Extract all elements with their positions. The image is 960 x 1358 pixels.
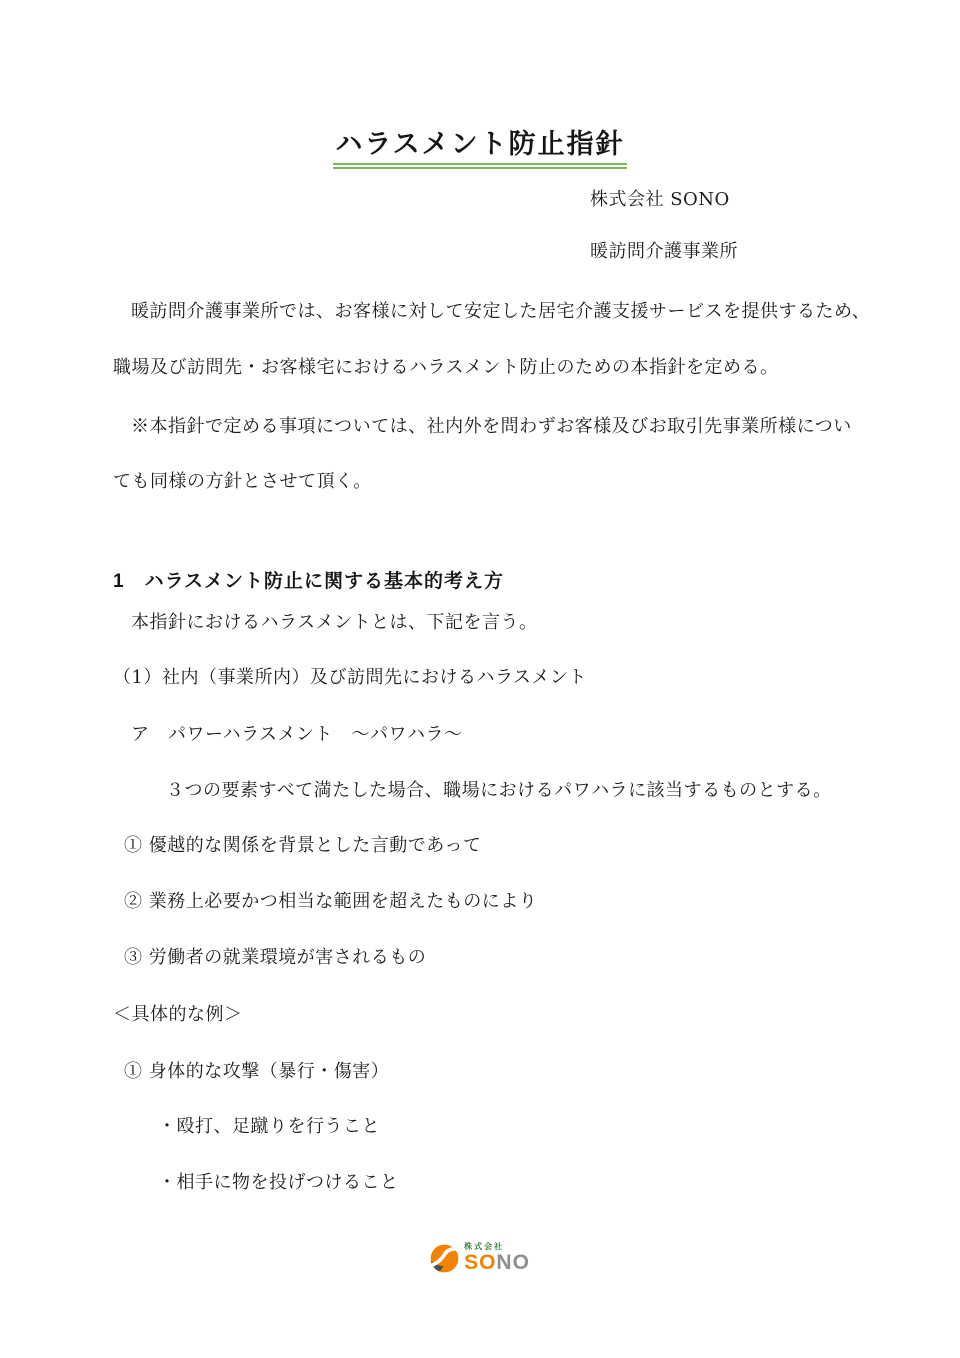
examples-heading: ＜具体的な例＞ <box>113 1005 243 1026</box>
document-title: ハラスメント防止指針 <box>333 122 626 169</box>
paragraph-1-line-1: 暖訪問介護事業所では、お客様に対して安定した居宅介護支援サービスを提供するため、 <box>131 302 870 323</box>
office-name: 暖訪問介護事業所 <box>590 242 738 263</box>
logo-brand-so: SO <box>464 1251 496 1274</box>
company-logo: 株式会社 SONO <box>0 1243 960 1273</box>
document-page: ハラスメント防止指針 株式会社 SONO 暖訪問介護事業所 暖訪問介護事業所では… <box>0 0 960 1358</box>
sub-item-a-description: ３つの要素すべて満たした場合、職場におけるパワハラに該当するものとする。 <box>166 781 832 802</box>
company-name: 株式会社 SONO <box>590 190 730 211</box>
section-1-heading: 1 ハラスメント防止に関する基本的考え方 <box>113 571 504 593</box>
sub-item-a: ア パワーハラスメント ～パワハラ～ <box>131 725 463 746</box>
element-2: ② 業務上必要かつ相当な範囲を超えたものにより <box>124 892 537 913</box>
section-1-intro: 本指針におけるハラスメントとは、下記を言う。 <box>131 613 537 634</box>
example-1-detail-1: ・殴打、足蹴りを行うこと <box>158 1117 380 1138</box>
logo-mark-icon <box>430 1244 459 1273</box>
document-title-wrap: ハラスメント防止指針 <box>0 122 960 169</box>
example-1-detail-2: ・相手に物を投げつけること <box>158 1173 399 1194</box>
logo-text: 株式会社 SONO <box>464 1243 530 1273</box>
example-1: ① 身体的な攻撃（暴行・傷害） <box>124 1062 389 1083</box>
element-1: ① 優越的な関係を背景とした言動であって <box>124 836 482 857</box>
paragraph-1-line-2: 職場及び訪問先・お客様宅におけるハラスメント防止のための本指針を定める。 <box>113 358 778 379</box>
logo-brand-name: SONO <box>464 1252 530 1273</box>
paragraph-2-line-2: ても同様の方針とさせて頂く。 <box>113 472 372 493</box>
paragraph-2-line-1: ※本指針で定める事項については、社内外を問わずお客様及びお取引先事業所様につい <box>131 417 852 438</box>
logo-brand-no: NO <box>496 1251 530 1274</box>
logo-company-label: 株式会社 <box>464 1243 504 1251</box>
item-1-label: （1）社内（事業所内）及び訪問先におけるハラスメント <box>113 668 587 689</box>
element-3: ③ 労働者の就業環境が害されるもの <box>124 948 426 969</box>
